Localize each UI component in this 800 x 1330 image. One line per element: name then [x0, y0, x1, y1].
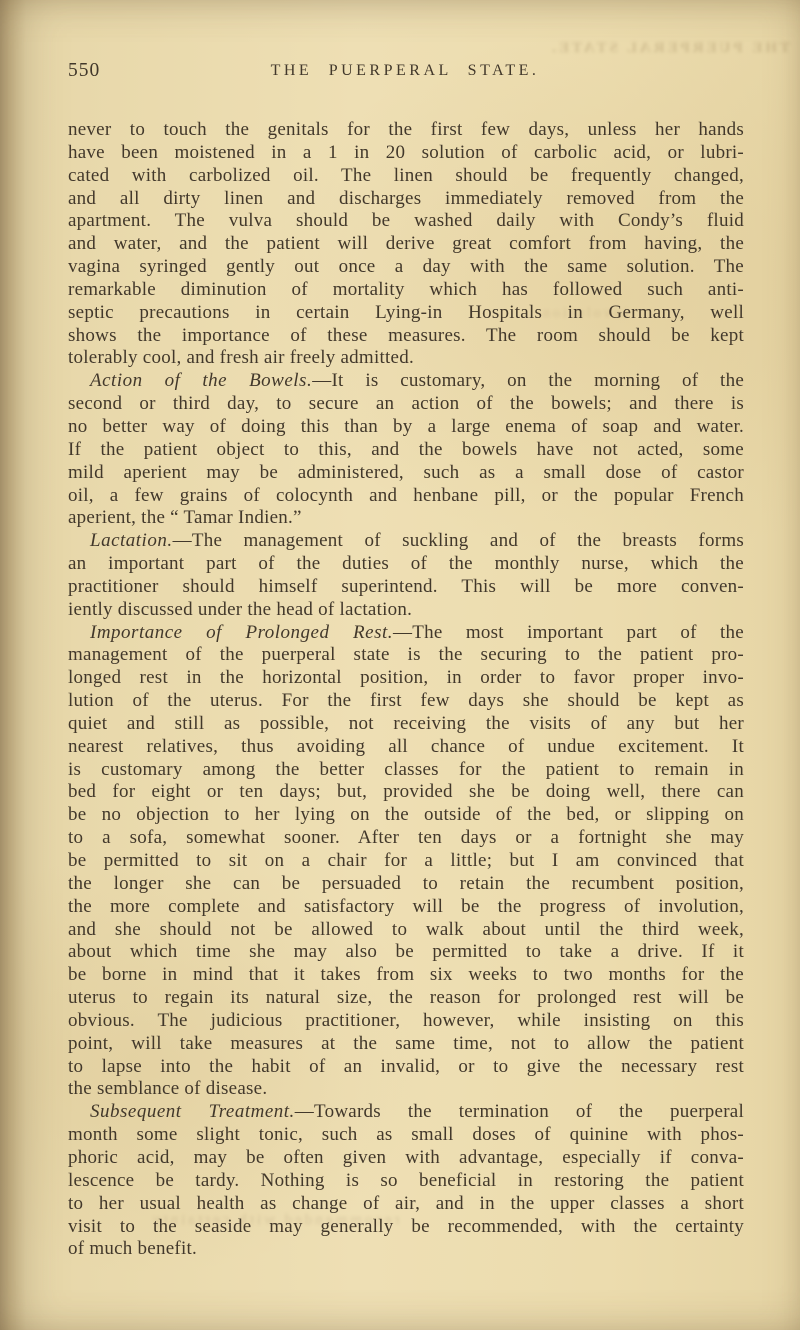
text-line: point, will take measures at the same ti… [68, 1033, 744, 1056]
text-line: cated with carbolized oil. The linen sho… [68, 165, 744, 188]
running-head: THE PUERPERAL STATE. [68, 62, 742, 80]
text-line: to her usual health as change of air, an… [68, 1193, 744, 1216]
text-line: nearest relatives, thus avoiding all cha… [68, 736, 744, 759]
text-line: lescence be tardy. Nothing is so benefic… [68, 1170, 744, 1193]
text-line: tolerably cool, and fresh air freely adm… [68, 347, 744, 370]
text-line: and all dirty linen and discharges immed… [68, 188, 744, 211]
text-line: shows the importance of these measures. … [68, 325, 744, 348]
text-line: remarkable diminution of mortality which… [68, 279, 744, 302]
text-line: be permitted to sit on a chair for a lit… [68, 850, 744, 873]
text-block: never to touch the genitals for the firs… [68, 119, 744, 1261]
text-line: Importance of Prolonged Rest.—The most i… [68, 622, 744, 645]
text-line: mild aperient may be administered, such … [68, 462, 744, 485]
text-line: iently discussed under the head of lacta… [68, 599, 744, 622]
text-line: quiet and still as possible, not receivi… [68, 713, 744, 736]
text-line: Lactation.—The management of suckling an… [68, 530, 744, 553]
text-line: no better way of doing this than by a la… [68, 416, 744, 439]
text-line: management of the puerperal state is the… [68, 644, 744, 667]
text-line: be no objection to her lying on the outs… [68, 804, 744, 827]
text-line: second or third day, to secure an action… [68, 393, 744, 416]
text-line: the more complete and satisfactory will … [68, 896, 744, 919]
section-heading: Importance of Prolonged Rest. [90, 622, 393, 643]
text-line: If the patient object to this, and the b… [68, 439, 744, 462]
text-line: the semblance of disease. [68, 1078, 744, 1101]
text-line: lution of the uterus. For the first few … [68, 690, 744, 713]
text-line: of much benefit. [68, 1238, 744, 1261]
text-line: about which time she may also be permitt… [68, 941, 744, 964]
text-line: never to touch the genitals for the firs… [68, 119, 744, 142]
text-line: uterus to regain its natural size, the r… [68, 987, 744, 1010]
section-heading: Subsequent Treatment. [90, 1101, 295, 1122]
page-header: 550 THE PUERPERAL STATE. [68, 60, 742, 86]
text-line: Action of the Bowels.—It is customary, o… [68, 370, 744, 393]
text-line: visit to the seaside may generally be re… [68, 1216, 744, 1239]
text-line: to lapse into the habit of an invalid, o… [68, 1056, 744, 1079]
text-line: Subsequent Treatment.—Towards the termin… [68, 1101, 744, 1124]
text-line: month some slight tonic, such as small d… [68, 1124, 744, 1147]
section-heading: Action of the Bowels. [90, 370, 312, 391]
text-line: have been moistened in a 1 in 20 solutio… [68, 142, 744, 165]
text-line: apartment. The vulva should be washed da… [68, 210, 744, 233]
text-line: septic precautions in certain Lying-in H… [68, 302, 744, 325]
section-heading: Lactation. [90, 530, 173, 551]
text-line: and she should not be allowed to walk ab… [68, 919, 744, 942]
text-line: is customary among the better classes fo… [68, 759, 744, 782]
show-through-header: THE PUERPERAL STATE. [210, 40, 790, 57]
text-line: to a sofa, somewhat sooner. After ten da… [68, 827, 744, 850]
text-line: vagina syringed gently out once a day wi… [68, 256, 744, 279]
text-line: practitioner should himself superintend.… [68, 576, 744, 599]
text-line: and water, and the patient will derive g… [68, 233, 744, 256]
book-page-scan: THE PUERPERAL STATE. involution recommen… [0, 0, 800, 1330]
text-line: be borne in mind that it takes from six … [68, 964, 744, 987]
text-line: an important part of the duties of the m… [68, 553, 744, 576]
text-line: oil, a few grains of colocynth and henba… [68, 485, 744, 508]
text-line: the longer she can be persuaded to retai… [68, 873, 744, 896]
text-line: obvious. The judicious practitioner, how… [68, 1010, 744, 1033]
text-line: phoric acid, may be often given with adv… [68, 1147, 744, 1170]
text-line: bed for eight or ten days; but, provided… [68, 781, 744, 804]
text-line: longed rest in the horizontal position, … [68, 667, 744, 690]
text-line: aperient, the “ Tamar Indien.” [68, 507, 744, 530]
